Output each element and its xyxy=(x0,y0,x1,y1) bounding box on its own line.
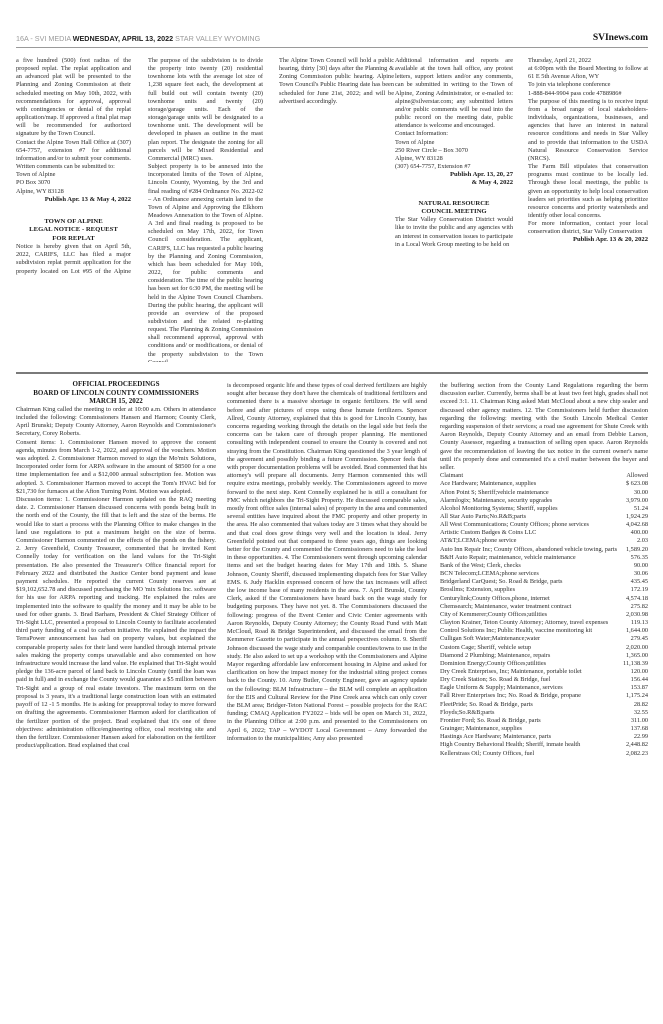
claim-row: Grainger; Maintenance, supplies137.68 xyxy=(440,725,648,733)
claimant-name: Diamond 2 Plumbing; Maintenance, repairs xyxy=(440,652,619,660)
claim-amount: $ 623.08 xyxy=(619,480,648,488)
claimant-name: Bridgerland CarQuest; So. Road & Bridge,… xyxy=(440,578,619,586)
claimant-name: Clayton Krainer, Teton County Attorney; … xyxy=(440,619,619,627)
claimant-name: Fall River Enterprises Inc; No. Road & B… xyxy=(440,692,619,700)
claim-amount: 137.68 xyxy=(619,725,648,733)
claimant-name: Frontier Ford; So. Road & Bridge, parts xyxy=(440,717,619,725)
claim-row: Bridgerland CarQuest; So. Road & Bridge,… xyxy=(440,578,648,586)
claim-amount: 2,030.98 xyxy=(619,611,648,619)
claim-amount: 2,082.23 xyxy=(619,750,648,758)
issue-date: WEDNESDAY, APRIL 13, 2022 xyxy=(73,34,173,43)
claim-row: Afton Point S; Sheriff;vehicle maintenan… xyxy=(440,489,648,497)
address-line: PO Box 3070 xyxy=(16,179,131,187)
proceedings-heading: OFFICIAL PROCEEDINGS BOARD OF LINCOLN CO… xyxy=(16,380,216,406)
upper-column-4: Additional information and reports are a… xyxy=(395,57,513,249)
claimant-name: Dry Creek Station; So. Road & Bridge, fu… xyxy=(440,676,619,684)
contact-line: (307) 654-7757, Extension #7 xyxy=(395,163,513,171)
claim-row: All Star Auto Parts;No.R&B;parts1,924.29 xyxy=(440,513,648,521)
claim-amount: 2,448.82 xyxy=(619,741,648,749)
claim-amount: 400.00 xyxy=(619,529,648,537)
claim-row: B&H Auto Repair; maintenance, vehicle ma… xyxy=(440,554,648,562)
claimant-name: FleetPride; So. Road & Bridge, parts xyxy=(440,701,619,709)
claim-amount: 30.00 xyxy=(619,489,648,497)
claim-row: Dominion Energy;County Offices;utilities… xyxy=(440,660,648,668)
masthead: 16A - SVI MEDIA WEDNESDAY, APRIL 13, 202… xyxy=(16,33,648,48)
claim-row: Auto Inn Repair Inc; County Offices, aba… xyxy=(440,546,648,554)
meeting-time-place: at 6:00pm with the Board Meeting to foll… xyxy=(528,65,648,81)
notice-para: Subject property is to be annexed into t… xyxy=(148,163,263,362)
claim-amount: 153.87 xyxy=(619,684,648,692)
contact-line: Contact Information: xyxy=(395,130,513,138)
claimant-name: Auto Inn Repair Inc; County Offices, aba… xyxy=(440,546,619,554)
claim-row: Brosllms; Extension, supplies172.19 xyxy=(440,586,648,594)
site-link[interactable]: SVInews.com xyxy=(593,32,648,44)
claimant-name: Chemsearch; Maintenance, water treatment… xyxy=(440,603,619,611)
claim-amount: 279.45 xyxy=(619,635,648,643)
claimant-name: BCN Telecom;LCEMA;phone services xyxy=(440,570,619,578)
claimant-name: Floyds;So.R&B;parts xyxy=(440,709,619,717)
nrc-para: The Star Valley Conservation District wo… xyxy=(395,216,513,249)
nrc-heading: NATURAL RESOURCE COUNCIL MEETING xyxy=(395,200,513,217)
claim-row: FleetPride; So. Road & Bridge, parts28.8… xyxy=(440,701,648,709)
claimant-name: AT&T;LCEMA;phone service xyxy=(440,537,619,545)
claimant-name: All Star Auto Parts;No.R&B;parts xyxy=(440,513,619,521)
notice-para: The purpose of the subdivision is to div… xyxy=(148,57,263,163)
claim-amount: 435.45 xyxy=(619,578,648,586)
proceedings-text: is decomposed organic life and these typ… xyxy=(227,382,427,743)
claim-amount: 2,020.00 xyxy=(619,644,648,652)
phone-number: 1-888-844-9904 pass code 4788986# xyxy=(528,90,648,98)
phone-intro: To join via telephone conference xyxy=(528,81,648,89)
replat-contact: Contact the Alpine Town Hall Office at (… xyxy=(16,139,131,172)
claim-row: City of Kemmerer;County Offices;utilitie… xyxy=(440,611,648,619)
claim-amount: 32.55 xyxy=(619,709,648,717)
publish-dates: Publish Apr. 13, 20, 27 xyxy=(395,171,513,179)
heading-line: TOWN OF ALPINE xyxy=(16,218,131,226)
claim-row: Bank of the West; Clerk, checks90.00 xyxy=(440,562,648,570)
claim-amount: 28.82 xyxy=(619,701,648,709)
claim-row: Frontier Ford; So. Road & Bridge, parts3… xyxy=(440,717,648,725)
claim-amount: 1,365.00 xyxy=(619,652,648,660)
notice-para: Notice is hereby given that on April 5th… xyxy=(16,243,131,275)
claimant-name: Culligan Soft Water;Maintenance;water xyxy=(440,635,619,643)
claim-amount: 1,924.29 xyxy=(619,513,648,521)
claimant-name: Alarmlogix; Maintenance, security upgrad… xyxy=(440,497,619,505)
claim-row: Clayton Krainer, Teton County Attorney; … xyxy=(440,619,648,627)
claim-row: High Country Behavioral Health; Sheriff,… xyxy=(440,741,648,749)
address-line: Alpine, WY 83128 xyxy=(16,188,131,196)
claimant-name: Eagle Uniform & Supply; Maintenance, ser… xyxy=(440,684,619,692)
claimant-name: All West Communications; County Offices;… xyxy=(440,521,619,529)
publish-dates: Publish Apr. 13 & 20, 2022 xyxy=(528,236,648,244)
claim-row: Custom Cage; Sheriff, vehicle setup2,020… xyxy=(440,644,648,652)
proceedings-text: the buffering section from the County La… xyxy=(440,382,648,472)
claimant-name: High Country Behavioral Health; Sheriff,… xyxy=(440,741,619,749)
claim-amount: 4,042.68 xyxy=(619,521,648,529)
nrc-para: The purpose of this meeting is to receiv… xyxy=(528,98,648,163)
claimant-name: Hastings Ace Hardware; Maintenance, part… xyxy=(440,733,619,741)
proceedings-column-3: the buffering section from the County La… xyxy=(440,382,648,758)
notice-heading: TOWN OF ALPINE LEGAL NOTICE - REQUEST FO… xyxy=(16,218,131,243)
contact-line: Town of Alpine xyxy=(395,139,513,147)
nrc-para: For more information, contact your local… xyxy=(528,220,648,236)
publish-dates: Publish Apr. 13 & May 4, 2022 xyxy=(16,196,131,204)
upper-column-3: The Alpine Town Council will hold a publ… xyxy=(279,57,394,362)
claim-amount: 119.13 xyxy=(619,619,648,627)
claimant-name: B&H Auto Repair; maintenance, vehicle ma… xyxy=(440,554,619,562)
claim-row: All West Communications; County Offices;… xyxy=(440,521,648,529)
claimant-name: City of Kemmerer;County Offices;utilitie… xyxy=(440,611,619,619)
claim-row: Artistic Custom Badges & Coins LLC400.00 xyxy=(440,529,648,537)
meeting-date: Thursday, April 21, 2022 xyxy=(528,57,648,65)
claimant-name: Control Solutions Inc; Public Health, va… xyxy=(440,627,619,635)
claimant-name: Afton Point S; Sheriff;vehicle maintenan… xyxy=(440,489,619,497)
claims-header-row: Claimant Allowed xyxy=(440,472,648,480)
claim-row: Culligan Soft Water;Maintenance;water279… xyxy=(440,635,648,643)
claim-row: BCN Telecom;LCEMA;phone services30.06 xyxy=(440,570,648,578)
heading-line: LEGAL NOTICE - REQUEST xyxy=(16,226,131,234)
claim-amount: 22.99 xyxy=(619,733,648,741)
heading-line: BOARD OF LINCOLN COUNTY COMMISSIONERS xyxy=(16,389,216,398)
claimant-name: Alcohol Monitoring Systems; Sheriff, sup… xyxy=(440,505,619,513)
claim-row: Fall River Enterprises Inc; No. Road & B… xyxy=(440,692,648,700)
claim-amount: 275.82 xyxy=(619,603,648,611)
claim-row: Eagle Uniform & Supply; Maintenance, ser… xyxy=(440,684,648,692)
claimant-name: Custom Cage; Sheriff, vehicle setup xyxy=(440,644,619,652)
allowed-header: Allowed xyxy=(619,472,648,480)
upper-column-1: a five hundred (500) foot radius of the … xyxy=(16,57,131,275)
section-divider xyxy=(16,372,648,374)
claimant-name: Artistic Custom Badges & Coins LLC xyxy=(440,529,619,537)
claim-amount: 120.00 xyxy=(619,668,648,676)
claim-row: Hastings Ace Hardware; Maintenance, part… xyxy=(440,733,648,741)
claim-amount: 4,574.18 xyxy=(619,595,648,603)
claim-amount: 311.00 xyxy=(619,717,648,725)
claim-row: Floyds;So.R&B;parts32.55 xyxy=(440,709,648,717)
heading-line: FOR REPLAT xyxy=(16,235,131,243)
heading-line: COUNCIL MEETING xyxy=(395,208,513,216)
claimant-name: Ace Hardware; Maintenance, supplies xyxy=(440,480,619,488)
heading-line: MARCH 15, 2022 xyxy=(16,397,216,406)
notice-para: The Alpine Town Council will hold a publ… xyxy=(279,57,394,106)
claim-amount: 11,138.39 xyxy=(619,660,648,668)
upper-column-5: Thursday, April 21, 2022 at 6:00pm with … xyxy=(528,57,648,245)
contact-line: 250 River Circle – Box 3070 xyxy=(395,147,513,155)
claim-row: Control Solutions Inc; Public Health, va… xyxy=(440,627,648,635)
claim-row: Ace Hardware; Maintenance, supplies$ 623… xyxy=(440,480,648,488)
claim-row: Alcohol Monitoring Systems; Sheriff, sup… xyxy=(440,505,648,513)
address-line: Town of Alpine xyxy=(16,171,131,179)
claim-amount: 2.03 xyxy=(619,537,648,545)
notice-para: Additional information and reports are a… xyxy=(395,57,513,130)
upper-column-2: The purpose of the subdivision is to div… xyxy=(148,57,263,362)
contact-line: Alpine, WY 83128 xyxy=(395,155,513,163)
newspaper-page: 16A - SVI MEDIA WEDNESDAY, APRIL 13, 202… xyxy=(0,0,663,1024)
claim-row: Kellerstrass Oil; County Offices, fuel2,… xyxy=(440,750,648,758)
claim-amount: 1,175.24 xyxy=(619,692,648,700)
claim-row: Diamond 2 Plumbing; Maintenance, repairs… xyxy=(440,652,648,660)
claim-row: AT&T;LCEMA;phone service2.03 xyxy=(440,537,648,545)
proceedings-column-1: OFFICIAL PROCEEDINGS BOARD OF LINCOLN CO… xyxy=(16,380,216,1004)
claimant-name: Centurylink;County Offices,phone, intern… xyxy=(440,595,619,603)
proceedings-text: Chairman King called the meeting to orde… xyxy=(16,406,216,1004)
claim-amount: 1,589.20 xyxy=(619,546,648,554)
claim-amount: 156.44 xyxy=(619,676,648,684)
claimant-name: Dominion Energy;County Offices;utilities xyxy=(440,660,619,668)
claimant-name: Grainger; Maintenance, supplies xyxy=(440,725,619,733)
claim-row: Dry Creek Station; So. Road & Bridge, fu… xyxy=(440,676,648,684)
claim-amount: 576.35 xyxy=(619,554,648,562)
claimant-name: Dry Creek Enterprises, Inc; Maintenance,… xyxy=(440,668,619,676)
claimant-header: Claimant xyxy=(440,472,619,480)
claim-row: Alarmlogix; Maintenance, security upgrad… xyxy=(440,497,648,505)
claim-amount: 90.00 xyxy=(619,562,648,570)
claim-amount: 51.24 xyxy=(619,505,648,513)
claimant-name: Bank of the West; Clerk, checks xyxy=(440,562,619,570)
claim-row: Chemsearch; Maintenance, water treatment… xyxy=(440,603,648,611)
page-label: 16A - SVI MEDIA xyxy=(16,34,71,43)
claim-amount: 3,979.00 xyxy=(619,497,648,505)
claimant-name: Brosllms; Extension, supplies xyxy=(440,586,619,594)
replat-text: a five hundred (500) foot radius of the … xyxy=(16,57,131,139)
region-label: STAR VALLEY WYOMING xyxy=(175,34,260,43)
claim-row: Centurylink;County Offices,phone, intern… xyxy=(440,595,648,603)
nrc-para: The Farm Bill stipulates that conservati… xyxy=(528,163,648,220)
claim-amount: 1,644.00 xyxy=(619,627,648,635)
claim-amount: 172.19 xyxy=(619,586,648,594)
claims-table: Claimant Allowed Ace Hardware; Maintenan… xyxy=(440,472,648,757)
claim-amount: 30.06 xyxy=(619,570,648,578)
proceedings-column-2: is decomposed organic life and these typ… xyxy=(227,382,427,980)
heading-line: NATURAL RESOURCE xyxy=(395,200,513,208)
heading-line: OFFICIAL PROCEEDINGS xyxy=(16,380,216,389)
claim-row: Dry Creek Enterprises, Inc; Maintenance,… xyxy=(440,668,648,676)
claimant-name: Kellerstrass Oil; County Offices, fuel xyxy=(440,750,619,758)
publish-dates: & May 4, 2022 xyxy=(395,179,513,187)
